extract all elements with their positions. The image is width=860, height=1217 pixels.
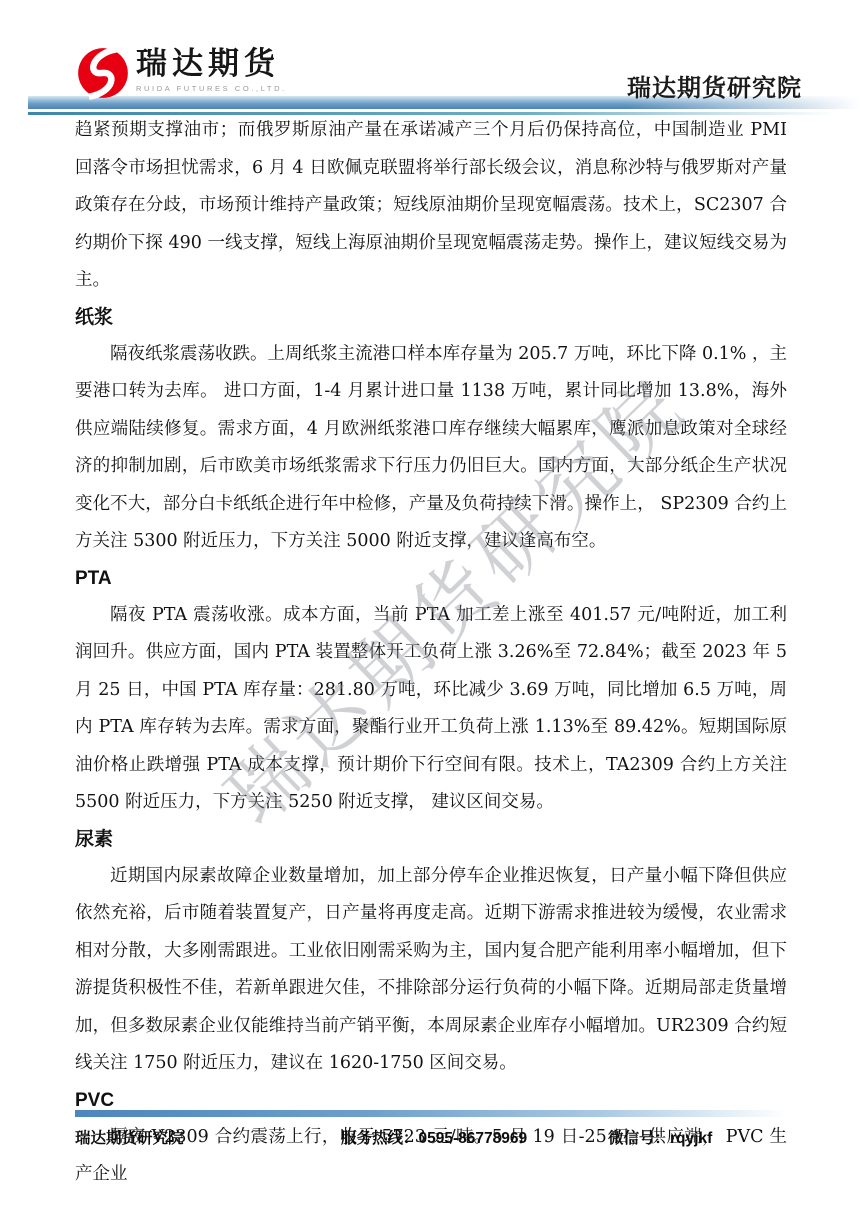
- footer-hotline-label: 服务热线：: [341, 1130, 419, 1147]
- ruida-logo-icon: [76, 46, 130, 100]
- footer: 瑞达期货研究院 服务热线：0595-86778969 微信号：rqyjkf: [75, 1126, 801, 1150]
- footer-institute: 瑞达期货研究院: [75, 1126, 184, 1148]
- footer-wechat-id: rqyjkf: [670, 1130, 712, 1147]
- logo-text: 瑞达期货 RUIDA FUTURES CO.,LTD.: [136, 46, 287, 93]
- paragraph-pulp: 隔夜纸浆震荡收跌。上周纸浆主流港口样本库存量为 205.7 万吨，环比下降 0.…: [75, 336, 787, 561]
- paragraph-urea: 近期国内尿素故障企业数量增加，加上部分停车企业推迟恢复，日产量小幅下降但供应依然…: [75, 858, 787, 1083]
- company-logo: 瑞达期货 RUIDA FUTURES CO.,LTD.: [76, 46, 287, 100]
- report-body: 趋紧预期支撑油市；而俄罗斯原油产量在承诺减产三个月后仍保持高位，中国制造业 PM…: [75, 112, 787, 1194]
- footer-hotline-number: 0595-86778969: [419, 1130, 528, 1147]
- footer-hotline: 服务热线：0595-86778969: [341, 1126, 527, 1148]
- report-page: 瑞达期货 RUIDA FUTURES CO.,LTD. 瑞达期货研究院 瑞达期货…: [0, 0, 860, 1217]
- section-heading-urea: 尿素: [75, 827, 787, 853]
- footer-wechat-label: 微信号：: [608, 1130, 670, 1147]
- footer-divider-bar: [75, 1110, 801, 1117]
- page-title: 瑞达期货研究院: [627, 68, 802, 103]
- logo-company-name-en: RUIDA FUTURES CO.,LTD.: [136, 84, 287, 93]
- paragraph-pta: 隔夜 PTA 震荡收涨。成本方面，当前 PTA 加工差上涨至 401.57 元/…: [75, 597, 787, 822]
- logo-company-name: 瑞达期货: [136, 46, 287, 82]
- footer-wechat: 微信号：rqyjkf: [608, 1126, 712, 1148]
- section-heading-pta: PTA: [75, 566, 787, 592]
- paragraph-crude-oil-continued: 趋紧预期支撑油市；而俄罗斯原油产量在承诺减产三个月后仍保持高位，中国制造业 PM…: [75, 112, 787, 300]
- section-heading-pulp: 纸浆: [75, 305, 787, 331]
